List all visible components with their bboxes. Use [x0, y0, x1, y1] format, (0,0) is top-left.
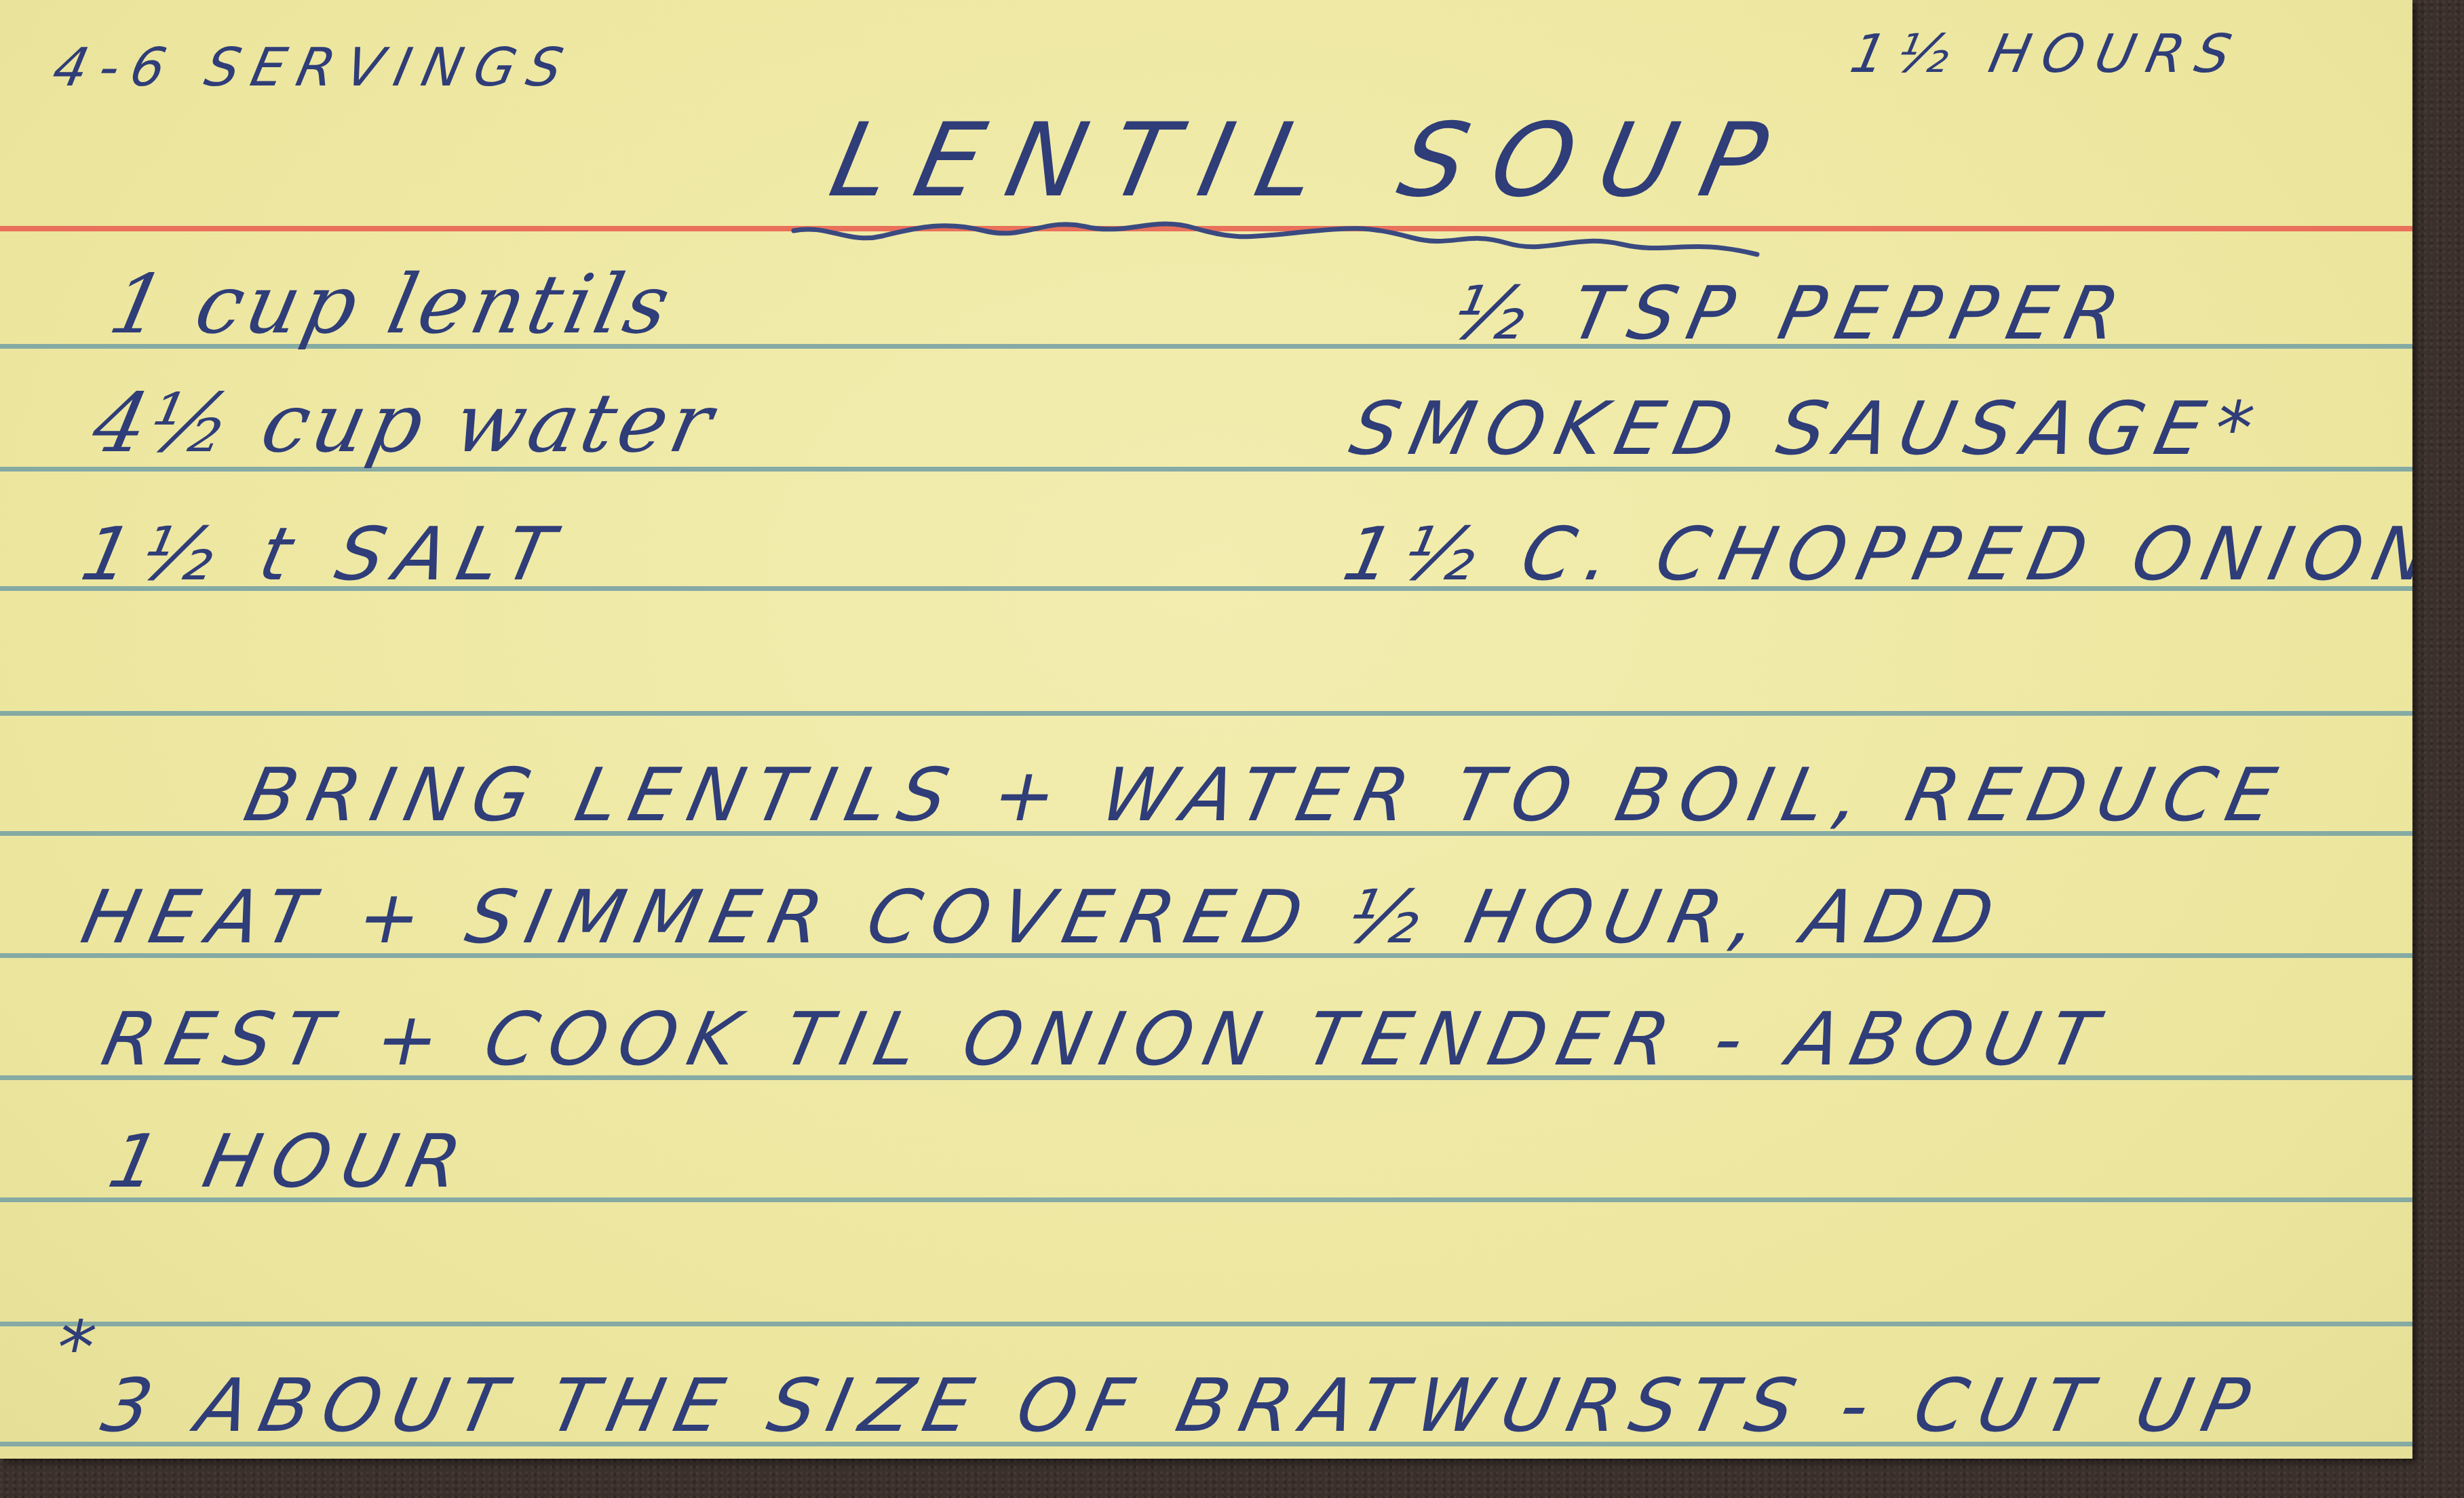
ruled-line [0, 1322, 2412, 1326]
ingredient-left-3: 1½ t SALT [75, 512, 573, 597]
time-label: 1½ HOURS [1845, 24, 2248, 85]
ingredient-right-1: ½ tsp PEPPER [1445, 271, 2138, 356]
recipe-card: 4-6 SERVINGS 1½ HOURS LENTIL SOUP 1 cup … [0, 0, 2412, 1459]
title-underline-squiggle [787, 217, 1764, 265]
ingredient-right-2: SMOKED SAUSAGE* [1343, 387, 2273, 472]
direction-line-2: HEAT + SIMMER COVERED ½ HOUR, ADD [75, 875, 2013, 960]
ingredient-right-3: 1½ c. CHOPPED ONION [1336, 512, 2412, 597]
direction-line-3: REST + COOK TIL ONION TENDER - ABOUT [95, 997, 2116, 1082]
footnote-text: 3 ABOUT THE SIZE of BRATWURSTS - CUT UP [95, 1364, 2269, 1448]
direction-line-1: BRING LENTILS + WATER TO BOIL, REDUCE [237, 753, 2295, 838]
recipe-title: LENTIL SOUP [821, 102, 1803, 220]
footnote-asterisk: * [47, 1306, 115, 1391]
ingredient-left-1: 1 cup lentils [102, 258, 682, 352]
direction-line-4: 1 HOUR [102, 1119, 480, 1204]
servings-label: 4-6 SERVINGS [47, 37, 580, 98]
ruled-line [0, 711, 2412, 716]
ingredient-left-2: 4½ cup water [85, 377, 725, 471]
